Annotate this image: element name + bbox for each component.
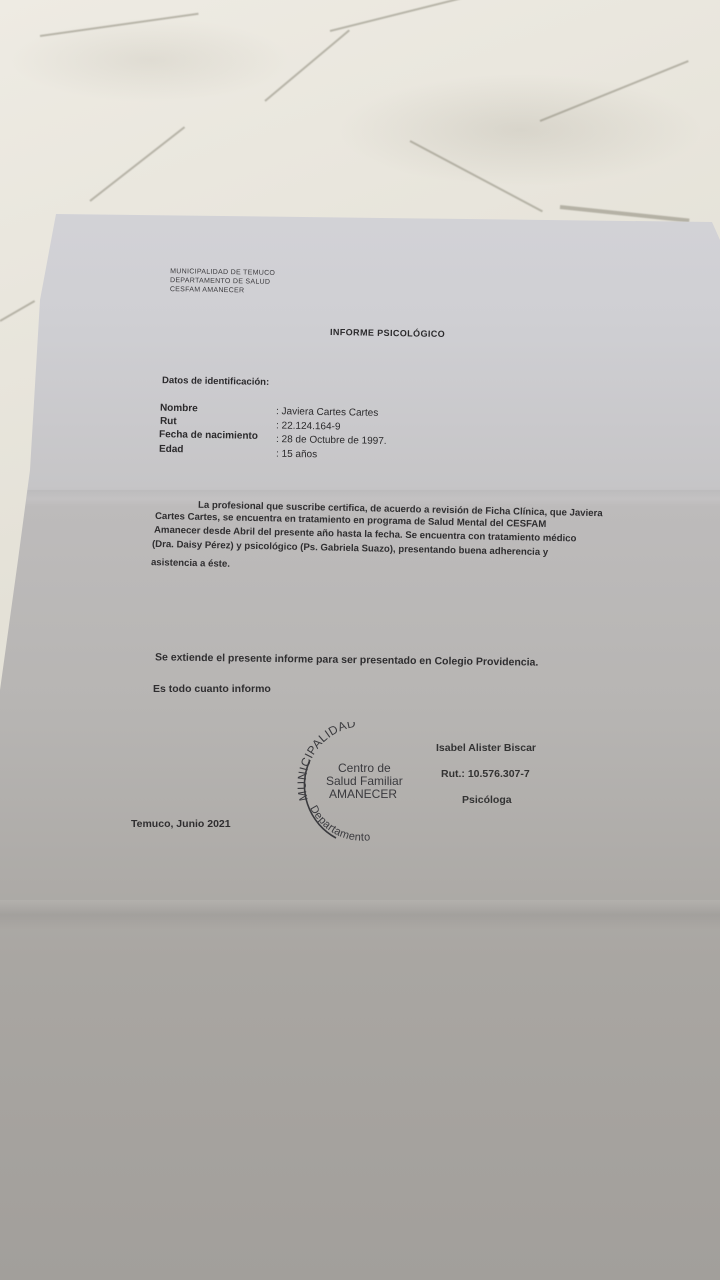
letterhead: MUNICIPALIDAD DE TEMUCO DEPARTAMENTO DE … — [170, 267, 276, 296]
stamp-graphic: MUNICIPALIDAD Departamento Centro de Sal… — [296, 722, 436, 842]
svg-text:Centro de: Centro de — [338, 761, 391, 775]
identification-heading: Datos de identificación: — [162, 375, 269, 388]
letterhead-line: CESFAM AMANECER — [170, 285, 275, 296]
marble-vein — [540, 60, 689, 122]
signer-role: Psicóloga — [462, 794, 512, 806]
closing-statement: Es todo cuanto informo — [153, 683, 271, 695]
field-value-edad: : 15 años — [276, 449, 317, 461]
marble-vein — [89, 126, 185, 201]
svg-text:Salud Familiar: Salud Familiar — [326, 774, 403, 788]
institution-stamp: MUNICIPALIDAD Departamento Centro de Sal… — [296, 722, 436, 842]
marble-vein — [330, 0, 505, 32]
svg-text:Departamento: Departamento — [307, 804, 371, 842]
signer-name: Isabel Alister Biscar — [436, 742, 536, 754]
field-label-nombre: Nombre — [160, 403, 198, 415]
marble-vein — [0, 300, 35, 322]
paragraph-line: asistencia a éste. — [151, 556, 230, 571]
signer-rut: Rut.: 10.576.307-7 — [441, 768, 530, 780]
field-value-fecha-nacimiento: : 28 de Octubre de 1997. — [276, 434, 387, 447]
marble-vein — [264, 30, 350, 102]
field-value-rut: : 22.124.164-9 — [276, 420, 341, 432]
field-label-edad: Edad — [159, 444, 184, 455]
field-value-nombre: : Javiera Cartes Cartes — [276, 406, 378, 419]
svg-text:AMANECER: AMANECER — [329, 787, 397, 801]
paper-fold — [0, 900, 720, 930]
field-label-rut: Rut — [160, 416, 177, 427]
field-label-fecha-nacimiento: Fecha de nacimiento — [159, 429, 258, 442]
marble-vein — [560, 205, 690, 223]
marble-vein — [410, 140, 543, 212]
purpose-statement: Se extiende el presente informe para ser… — [155, 651, 539, 668]
place-and-date: Temuco, Junio 2021 — [131, 818, 231, 830]
document-title: INFORME PSICOLÓGICO — [330, 327, 445, 339]
marble-vein — [40, 13, 199, 37]
